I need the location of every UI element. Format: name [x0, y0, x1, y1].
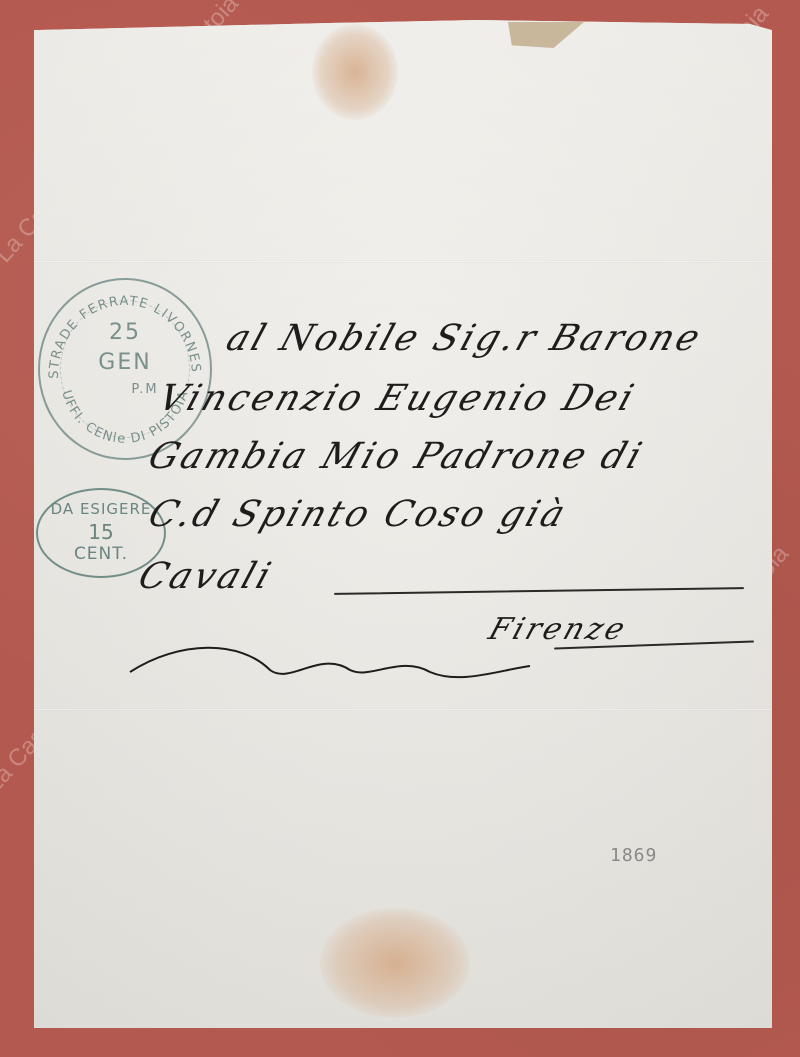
postmark-month: GEN	[40, 350, 210, 375]
fold-line	[34, 708, 772, 711]
underline-stroke	[334, 587, 744, 595]
seal-stain-top	[312, 24, 398, 120]
postmark-due-line1: DA ESIGERE	[38, 500, 164, 518]
seal-stain-bottom	[320, 908, 470, 1018]
postmark-day: 25	[40, 320, 210, 345]
postmark-round: STRADE FERRATE LIVORNESI UFFI. CENle DI …	[38, 278, 212, 460]
address-line-4: C.d Spinto Coso già	[143, 494, 572, 535]
pencil-date-note: 1869	[610, 845, 657, 866]
address-line-1: al Nobile Sig.r Barone	[221, 318, 707, 359]
address-line-3: Gambia Mio Padrone di	[143, 436, 649, 477]
address-line-2: Vincenzio Eugenio Dei	[153, 378, 641, 419]
fold-line	[34, 260, 772, 263]
paper-tear	[508, 22, 584, 48]
address-line-5: Cavali	[133, 556, 278, 597]
flourish-signature	[120, 630, 540, 690]
